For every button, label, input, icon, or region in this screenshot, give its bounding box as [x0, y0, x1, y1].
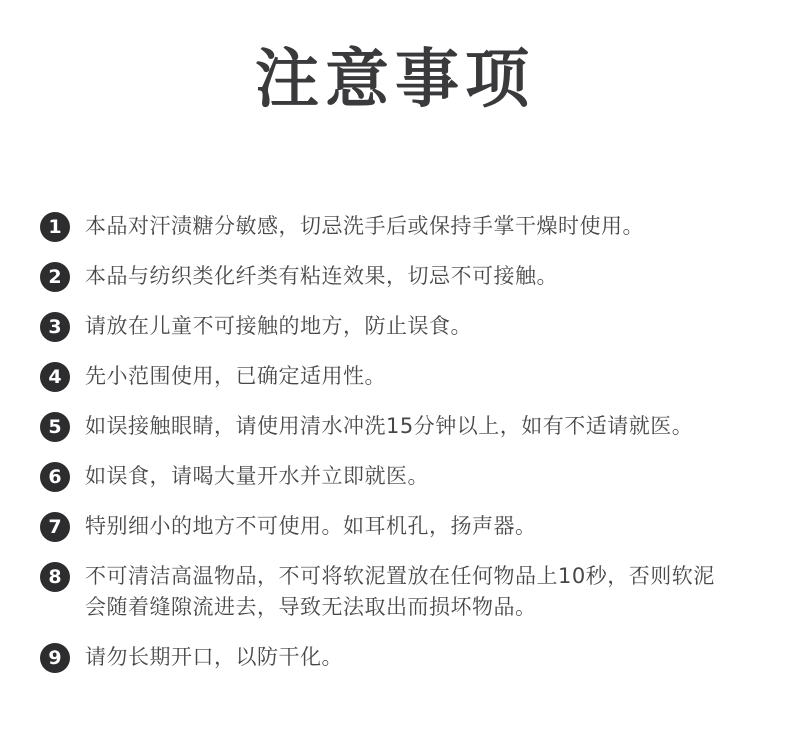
notice-item: 9 请勿长期开口，以防干化。	[40, 642, 750, 673]
notice-text: 特别细小的地方不可使用。如耳机孔，扬声器。	[85, 511, 537, 542]
notice-text: 请勿长期开口，以防干化。	[85, 642, 343, 673]
notice-text: 本品对汗渍糖分敏感，切忌洗手后或保持手掌干燥时使用。	[85, 211, 644, 242]
notice-number-badge: 6	[40, 462, 70, 492]
notice-text: 如误接触眼睛，请使用清水冲洗15分钟以上，如有不适请就医。	[85, 411, 693, 442]
notice-number-badge: 3	[40, 312, 70, 342]
notice-item: 4 先小范围使用，已确定适用性。	[40, 361, 750, 392]
notice-item: 1 本品对汗渍糖分敏感，切忌洗手后或保持手掌干燥时使用。	[40, 211, 750, 242]
notice-item: 5 如误接触眼睛，请使用清水冲洗15分钟以上，如有不适请就医。	[40, 411, 750, 442]
notice-item: 2 本品与纺织类化纤类有粘连效果，切忌不可接触。	[40, 261, 750, 292]
notice-item: 8 不可清洁高温物品，不可将软泥置放在任何物品上10秒，否则软泥 会随着缝隙流进…	[40, 561, 750, 623]
notice-text: 请放在儿童不可接触的地方，防止误食。	[85, 311, 472, 342]
notice-list: 1 本品对汗渍糖分敏感，切忌洗手后或保持手掌干燥时使用。 2 本品与纺织类化纤类…	[0, 211, 790, 673]
notice-number-badge: 7	[40, 512, 70, 542]
page-title: 注意事项	[0, 0, 790, 116]
notice-number-badge: 9	[40, 643, 70, 673]
notice-item: 6 如误食，请喝大量开水并立即就医。	[40, 461, 750, 492]
notice-item: 3 请放在儿童不可接触的地方，防止误食。	[40, 311, 750, 342]
notice-number-badge: 5	[40, 412, 70, 442]
precautions-page: 注意事项 1 本品对汗渍糖分敏感，切忌洗手后或保持手掌干燥时使用。 2 本品与纺…	[0, 0, 790, 735]
notice-text: 不可清洁高温物品，不可将软泥置放在任何物品上10秒，否则软泥 会随着缝隙流进去，…	[85, 561, 715, 623]
notice-text: 先小范围使用，已确定适用性。	[85, 361, 386, 392]
notice-number-badge: 4	[40, 362, 70, 392]
notice-number-badge: 1	[40, 212, 70, 242]
notice-text: 如误食，请喝大量开水并立即就医。	[85, 461, 429, 492]
notice-number-badge: 8	[40, 562, 70, 592]
notice-text: 本品与纺织类化纤类有粘连效果，切忌不可接触。	[85, 261, 558, 292]
notice-item: 7 特别细小的地方不可使用。如耳机孔，扬声器。	[40, 511, 750, 542]
notice-number-badge: 2	[40, 262, 70, 292]
